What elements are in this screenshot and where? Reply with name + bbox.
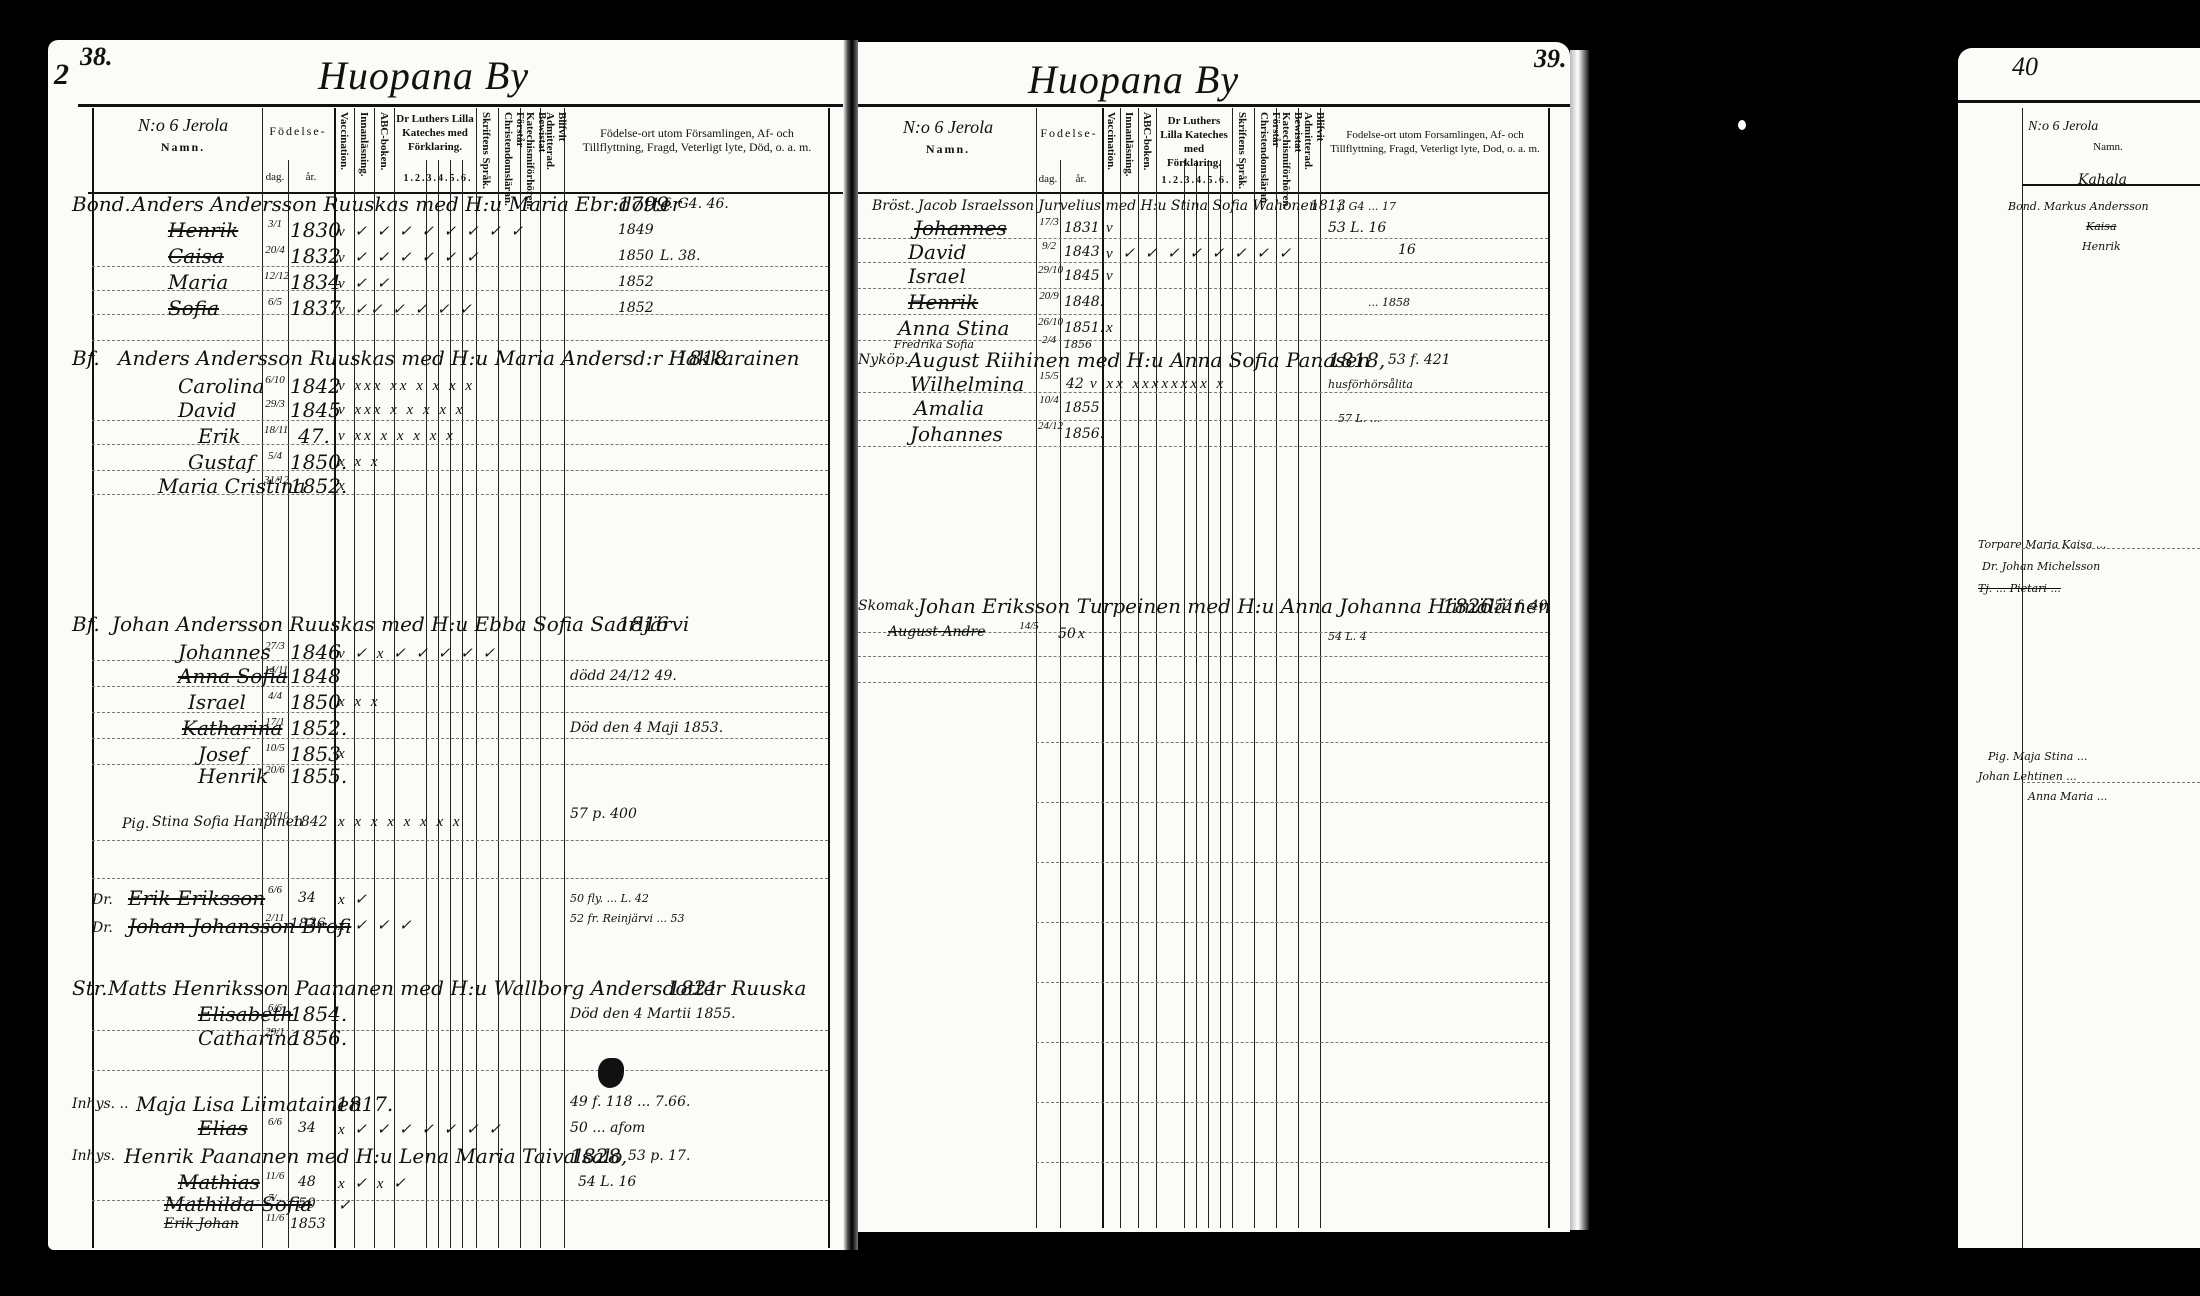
remarks-header: Födelse-ort utom Församlingen, Af- och T… <box>570 126 824 154</box>
birth-year: 1853 <box>290 742 341 766</box>
exam-marks: x ✓ ✓ ✓ <box>338 916 415 935</box>
row-rule <box>92 878 828 879</box>
person-name: August Andre <box>888 624 985 640</box>
column-line <box>1208 160 1209 1228</box>
birth-day: 17/3 <box>1038 216 1060 228</box>
row-rule <box>2022 782 2200 783</box>
remarks: dödd 24/12 49. <box>570 668 677 684</box>
person-name: Sofia <box>168 296 219 320</box>
exam-marks: ✓ <box>338 1196 354 1215</box>
head-of-household: Jacob Israelsson Jurvelius med H:u Stina… <box>918 198 1318 214</box>
birth-day: 4/4 <box>264 690 286 702</box>
birth-year: 1843 <box>1064 244 1100 260</box>
row-rule <box>92 340 828 341</box>
household-heading: N:o 6 Jerola <box>108 118 258 132</box>
left-register-page: 38. 2 Huopana By N:o 6 Jerola Namn. Föde… <box>48 40 843 1250</box>
exam-marks: x <box>1106 320 1116 337</box>
exam-marks: x ✓ ✓ ✓ ✓ ✓ ✓ ✓ <box>338 1120 504 1139</box>
birth-day: 29/3 <box>264 398 286 410</box>
exam-marks: x x x <box>338 454 380 471</box>
exam-marks: v ✓ ✓ ✓ ✓ ✓ ✓ ✓ ✓ <box>338 222 526 241</box>
person-name: Mathilda Sofia <box>164 1192 312 1216</box>
remarks: 50 fly. ... L. 42 <box>570 892 649 905</box>
column-line <box>1548 108 1550 1228</box>
occupation: Bröst. <box>872 198 915 214</box>
birth-year: 1826. <box>1442 594 1499 618</box>
column-line <box>1298 108 1299 1228</box>
birth-year: 1856. <box>1064 426 1104 442</box>
birth-year: 1854. <box>290 1002 347 1026</box>
birth-day: 29/1 <box>264 1026 286 1038</box>
birth-column-header: Födelse- <box>262 124 334 138</box>
person-name: Erik <box>198 424 241 448</box>
header-rule <box>78 104 843 107</box>
exam-marks: x ✓ x ✓ <box>338 1174 409 1193</box>
occupation: Bond. <box>72 192 131 216</box>
column-line <box>1220 160 1221 1228</box>
remarks: 57 L. ... <box>1338 412 1380 425</box>
person-name: Johannes <box>178 640 271 664</box>
person-name: Israel <box>188 690 246 714</box>
person-name: Wilhelmina <box>910 372 1024 396</box>
exam-marks: v xx x x x x x <box>338 428 456 445</box>
birth-day: 29/10 <box>1038 264 1060 276</box>
entry-line: Torpare Maria Kaisa ... <box>1978 538 2106 551</box>
column-line <box>1196 160 1197 1228</box>
birth-year: 1818. <box>676 346 733 370</box>
person-name: Israel <box>908 264 966 288</box>
head-of-household: August Riihinen med H:u Anna Sofia Panas… <box>908 348 1370 372</box>
exam-marks: v ✓ ✓ ✓ ✓ ✓ ✓ ✓ ✓ <box>1106 244 1294 263</box>
occupation: Dr. <box>92 920 113 936</box>
birth-day: 14/5 <box>1018 620 1040 632</box>
film-speck <box>1738 120 1746 130</box>
column-line <box>540 108 541 1248</box>
remarks: 54 L. 4 <box>1328 630 1367 643</box>
birth-year: 1828, <box>570 1144 627 1168</box>
remarks: Död den 4 Maji 1853. <box>570 720 723 736</box>
column-line <box>828 108 830 1248</box>
row-rule <box>1036 742 1548 743</box>
birth-day: 17/1 <box>264 716 286 728</box>
remarks: 53 p. 17. <box>628 1148 690 1164</box>
birth-year: 1856. <box>290 1026 347 1050</box>
birth-day: 6/6 <box>264 1116 286 1128</box>
birth-day: 12/12 <box>264 270 286 282</box>
birth-year: 1834 <box>290 270 341 294</box>
occupation: Bf. <box>72 612 100 636</box>
birth-year: 1848 <box>290 664 341 688</box>
remarks: 49 f. 118 ... 7.66. <box>570 1094 690 1110</box>
column-line <box>450 160 451 1248</box>
entry-line: Kaisa <box>2086 220 2117 233</box>
communion-header: Blifvit Admitterad. <box>544 112 568 192</box>
birth-day: 11/6 <box>264 1212 286 1224</box>
person-name: David <box>178 398 236 422</box>
entry-line: Anna Maria ... <box>2028 790 2107 803</box>
margin-number: 2 <box>54 58 69 92</box>
exam-marks: x <box>1078 626 1088 643</box>
row-rule <box>1036 802 1548 803</box>
column-line <box>564 108 565 1248</box>
birth-year: 50 <box>298 1196 316 1212</box>
birth-day: 10/4 <box>1038 394 1060 406</box>
birth-year: 1818, <box>1328 348 1385 372</box>
birth-day: 2/11 <box>264 912 286 924</box>
occupation: Pig. <box>122 816 149 832</box>
column-line <box>476 108 477 1248</box>
exam-marks: v xx xxxxxxxx x <box>1090 376 1226 393</box>
birth-day: 31/12 <box>264 474 286 486</box>
exam-marks: v <box>1106 268 1116 285</box>
exam-marks: v ✓✓ ✓ ✓ ✓ ✓ <box>338 300 475 319</box>
birth-day: 7/.. <box>264 1192 286 1204</box>
row-rule <box>92 840 828 841</box>
entry-line: Bond. Markus Andersson <box>2008 200 2149 213</box>
person-name: Henrik <box>908 290 978 314</box>
birth-year: 1846 <box>290 640 341 664</box>
row-rule <box>858 446 1548 447</box>
birth-year-header: år. <box>1060 172 1102 186</box>
admitted-year: 1849 <box>618 222 654 238</box>
exam-marks: x <box>338 478 348 495</box>
birth-day: 14/11 <box>264 664 286 676</box>
column-line <box>1254 108 1255 1228</box>
birth-year: 1831 <box>1064 220 1100 236</box>
catechism-parts: 1.2.3.4.5.6. <box>400 172 476 186</box>
exam-marks: v xxx x x x x x <box>338 402 465 419</box>
column-line <box>1320 108 1321 1228</box>
person-name: Johannes <box>914 216 1007 240</box>
entry-line: Tj. ... Pietari ... <box>1978 582 2061 595</box>
birth-year: 1799 <box>618 192 669 216</box>
row-rule <box>1036 862 1548 863</box>
person-name: Anna Stina <box>898 316 1009 340</box>
column-line <box>1156 108 1157 1228</box>
person-name: David <box>908 240 966 264</box>
page-edge-shadow <box>1570 50 1590 1230</box>
catechism-header: Dr Luthers Lilla Kateches med Förklaring… <box>1156 114 1232 170</box>
birth-day: 20/9 <box>1038 290 1060 302</box>
birth-day: 20/6 <box>264 764 286 776</box>
column-line <box>1120 108 1121 1228</box>
christian-doctrine-header: Förstår Christendomsläran. <box>502 112 526 192</box>
remarks-header: Fodelse-ort utom Forsamlingen, Af- och T… <box>1326 128 1544 156</box>
birth-day: 11/6 <box>264 1170 286 1182</box>
column-line <box>1138 108 1139 1228</box>
page-title: Huopana By <box>1028 56 1239 103</box>
birth-year: 1821 <box>668 976 719 1000</box>
birth-year: 1845 <box>1064 268 1100 284</box>
occupation: Dr. <box>92 892 113 908</box>
column-line <box>1276 108 1277 1228</box>
row-rule <box>858 288 1548 289</box>
reading-header: Innanläsning. <box>358 112 370 177</box>
row-rule <box>1036 922 1548 923</box>
page-number: 40 <box>2012 52 2038 82</box>
birth-day: 9/2 <box>1038 240 1060 252</box>
birth-year: 1837 <box>290 296 341 320</box>
admitted-year: 1852 <box>618 300 654 316</box>
entry-line: Pig. Maja Stina ... <box>1988 750 2087 763</box>
birth-year: 1832 <box>290 244 341 268</box>
header-rule <box>1958 100 2200 103</box>
person-name: Erik Johan <box>164 1216 239 1232</box>
birth-year: 1855 <box>1064 400 1100 416</box>
ink-blot <box>598 1058 624 1088</box>
christian-doctrine-header: Förstår Christendomsläran. <box>1258 112 1282 192</box>
head-of-household: Johan Andersson Ruuskas med H:u Ebba Sof… <box>112 612 689 636</box>
column-line <box>1102 108 1104 1228</box>
person-name: Mathias <box>178 1170 260 1194</box>
person-name: Gustaf <box>188 450 254 474</box>
occupation: Inhys. <box>72 1148 115 1164</box>
person-name: Henrik <box>198 764 268 788</box>
birth-year: 1817. <box>336 1092 393 1116</box>
column-line <box>92 108 94 1248</box>
scripture-header: Skriftens Språk. <box>480 112 492 189</box>
exam-marks: v ✓ ✓ ✓ ✓ ✓ ✓ <box>338 248 482 267</box>
row-rule <box>1036 1042 1548 1043</box>
birth-day: 26/10 <box>1038 316 1060 328</box>
entry-line: Henrik <box>2082 240 2121 253</box>
book-spine <box>843 40 858 1250</box>
birth-year: 1845 <box>290 398 341 422</box>
reading-header: Innanläsning. <box>1123 112 1135 177</box>
column-line <box>1184 160 1185 1228</box>
head-of-household: Anders Andersson Ruuskas med H:u Maria E… <box>132 192 681 216</box>
exam-marks: v ✓ x ✓ ✓ ✓ ✓ ✓ <box>338 644 498 663</box>
birth-day: 6/10 <box>264 374 286 386</box>
column-line <box>520 108 521 1248</box>
birth-year: 34 <box>298 890 316 906</box>
household-heading: N:o 6 Jerola <box>868 120 1028 134</box>
column-line <box>1232 108 1233 1228</box>
admitted-year: 1850 <box>618 248 654 264</box>
header-rule <box>858 104 1570 107</box>
remarks: 53 f. 421 <box>1388 352 1451 368</box>
row-rule <box>1036 982 1548 983</box>
occupation: Str. <box>72 976 107 1000</box>
remarks: ... 1858 <box>1368 296 1410 309</box>
person-name: Carolina <box>178 374 264 398</box>
head-of-household: Henrik Paananen med H:u Lena Maria Taiva… <box>124 1144 622 1168</box>
remarks: f. G4. 46. <box>664 196 729 212</box>
remarks: 16 <box>1398 242 1416 258</box>
birth-year: 34 <box>298 1120 316 1136</box>
remarks: husförhörsålita <box>1328 378 1413 391</box>
exam-marks: x x x x x x x x <box>338 814 463 831</box>
birth-day: 6/5 <box>264 296 286 308</box>
remarks: 54 L. 16 <box>578 1174 636 1190</box>
column-line <box>426 160 427 1248</box>
person-name: Elias <box>198 1116 248 1140</box>
name-column-header: Namn. <box>868 142 1028 156</box>
birth-day-header: dag. <box>262 170 288 184</box>
birth-year: 1848. <box>1064 294 1104 310</box>
column-line <box>2022 108 2023 1248</box>
exam-marks: v xxx xx x x x x <box>338 378 475 395</box>
name-column-header: Namn. <box>2068 140 2148 154</box>
birth-day-header: dag. <box>1036 172 1060 186</box>
person-name: Henrik <box>168 218 238 242</box>
occupation: Nyköp. <box>858 352 908 368</box>
birth-year: 47. <box>298 424 330 448</box>
remarks: 52 f. 40 <box>1494 598 1548 614</box>
remarks: 50 ... afom <box>570 1120 645 1136</box>
birth-day: 10/5 <box>264 742 286 754</box>
birth-year: 42 <box>1066 376 1084 392</box>
row-rule <box>858 682 1548 683</box>
communion-header: Blifvit Admitterad. <box>1302 112 1326 192</box>
person-name: Josef <box>198 742 248 766</box>
catechism-header: Dr Luthers Lilla Kateches med Förklaring… <box>394 112 476 154</box>
birth-day: 27/3 <box>264 640 286 652</box>
column-line <box>438 160 439 1248</box>
person-name: Maria <box>168 270 228 294</box>
exam-marks: v ✓ ✓ <box>338 274 392 293</box>
remarks: f. G4 ... 17 <box>1338 200 1396 213</box>
birth-year: 1842 <box>290 374 341 398</box>
catechism-hearing-header: Bewistat Katechismiförhören. <box>1280 112 1304 192</box>
birth-day: 18/11 <box>264 424 286 436</box>
column-line <box>1036 108 1037 1228</box>
birth-year: 1836 <box>290 916 326 932</box>
row-rule <box>92 1070 828 1071</box>
vaccination-header: Vaccination. <box>338 112 350 170</box>
birth-year: 1830 <box>290 218 341 242</box>
abc-book-header: ABC-boken. <box>1141 112 1153 170</box>
exam-marks: x x x <box>338 694 380 711</box>
person-name: Caisa <box>168 244 224 268</box>
column-line <box>498 108 499 1248</box>
row-rule <box>1036 1102 1548 1103</box>
birth-column-header: Fodelse- <box>1036 126 1102 140</box>
exam-marks: x <box>338 746 348 763</box>
right-register-page: 39. Huopana By N:o 6 Jerola Namn. Fodels… <box>858 42 1570 1232</box>
birth-day: 24/12 <box>1038 420 1060 432</box>
page-number: 39. <box>1534 44 1567 74</box>
catechism-parts: 1.2.3.4.5.6. <box>1160 174 1232 188</box>
household-heading: N:o 6 Jerola <box>2028 120 2198 134</box>
head-of-household: Maja Lisa Liimatainen <box>136 1092 362 1116</box>
birth-year: 1842 <box>292 814 328 830</box>
birth-year-header: år. <box>288 170 334 184</box>
occupation: Skomak. <box>858 598 919 614</box>
birth-day: 20/4 <box>264 244 286 256</box>
birth-year: 1853 <box>290 1216 326 1232</box>
birth-year: 1855. <box>290 764 347 788</box>
next-register-page-partial: 40 N:o 6 Jerola Namn. Kahala Bond. Marku… <box>1958 48 2200 1248</box>
row-rule <box>858 420 1548 421</box>
person-name: Erik Eriksson <box>128 886 265 910</box>
occupation: Bf. <box>72 346 100 370</box>
remarks: 57 p. 400 <box>570 806 637 822</box>
remarks: 53 L. 16 <box>1328 220 1386 236</box>
birth-day: 6/6 <box>264 1002 286 1014</box>
row-rule <box>2022 548 2200 549</box>
birth-year: 1816 <box>618 612 669 636</box>
birth-day: 15/5 <box>1038 370 1060 382</box>
remarks: L. 38. <box>660 248 700 264</box>
remarks: Död den 4 Martii 1855. <box>570 1006 736 1022</box>
birth-year: 48 <box>298 1174 316 1190</box>
birth-day: 6/6 <box>264 884 286 896</box>
admitted-year: 1852 <box>618 274 654 290</box>
abc-book-header: ABC-boken. <box>378 112 390 170</box>
birth-year: 1851. <box>1064 320 1104 336</box>
entry-line: Dr. Johan Michelsson <box>1982 560 2100 573</box>
column-line <box>288 160 289 1248</box>
birth-day: 30/10 <box>264 810 286 822</box>
column-line <box>394 108 395 1248</box>
row-rule <box>858 656 1548 657</box>
exam-marks: x ✓ <box>338 890 370 909</box>
birth-day: 2/4 <box>1038 334 1060 346</box>
page-title: Huopana By <box>318 52 529 99</box>
occupation: Inhys. .. <box>72 1096 128 1112</box>
name-column-header: Namn. <box>108 140 258 154</box>
person-name: Johannes <box>910 422 1003 446</box>
birth-year: 1852. <box>290 716 347 740</box>
section-heading: Kahala <box>2078 172 2127 188</box>
remarks: 52 fr. Reinjärvi ... 53 <box>570 912 684 925</box>
birth-year: 50 <box>1058 626 1076 642</box>
exam-marks: v <box>1106 220 1116 237</box>
birth-day: 5/4 <box>264 450 286 462</box>
person-name: Amalia <box>914 396 984 420</box>
birth-day: 3/1 <box>264 218 286 230</box>
birth-year: 1850 <box>290 690 341 714</box>
header-bottom-rule <box>858 192 1548 194</box>
vaccination-header: Vaccination. <box>1105 112 1117 170</box>
row-rule <box>1036 1162 1548 1163</box>
scripture-header: Skriftens Språk. <box>1236 112 1248 189</box>
column-line <box>462 160 463 1248</box>
row-rule <box>858 314 1548 315</box>
page-number: 38. <box>80 42 113 72</box>
